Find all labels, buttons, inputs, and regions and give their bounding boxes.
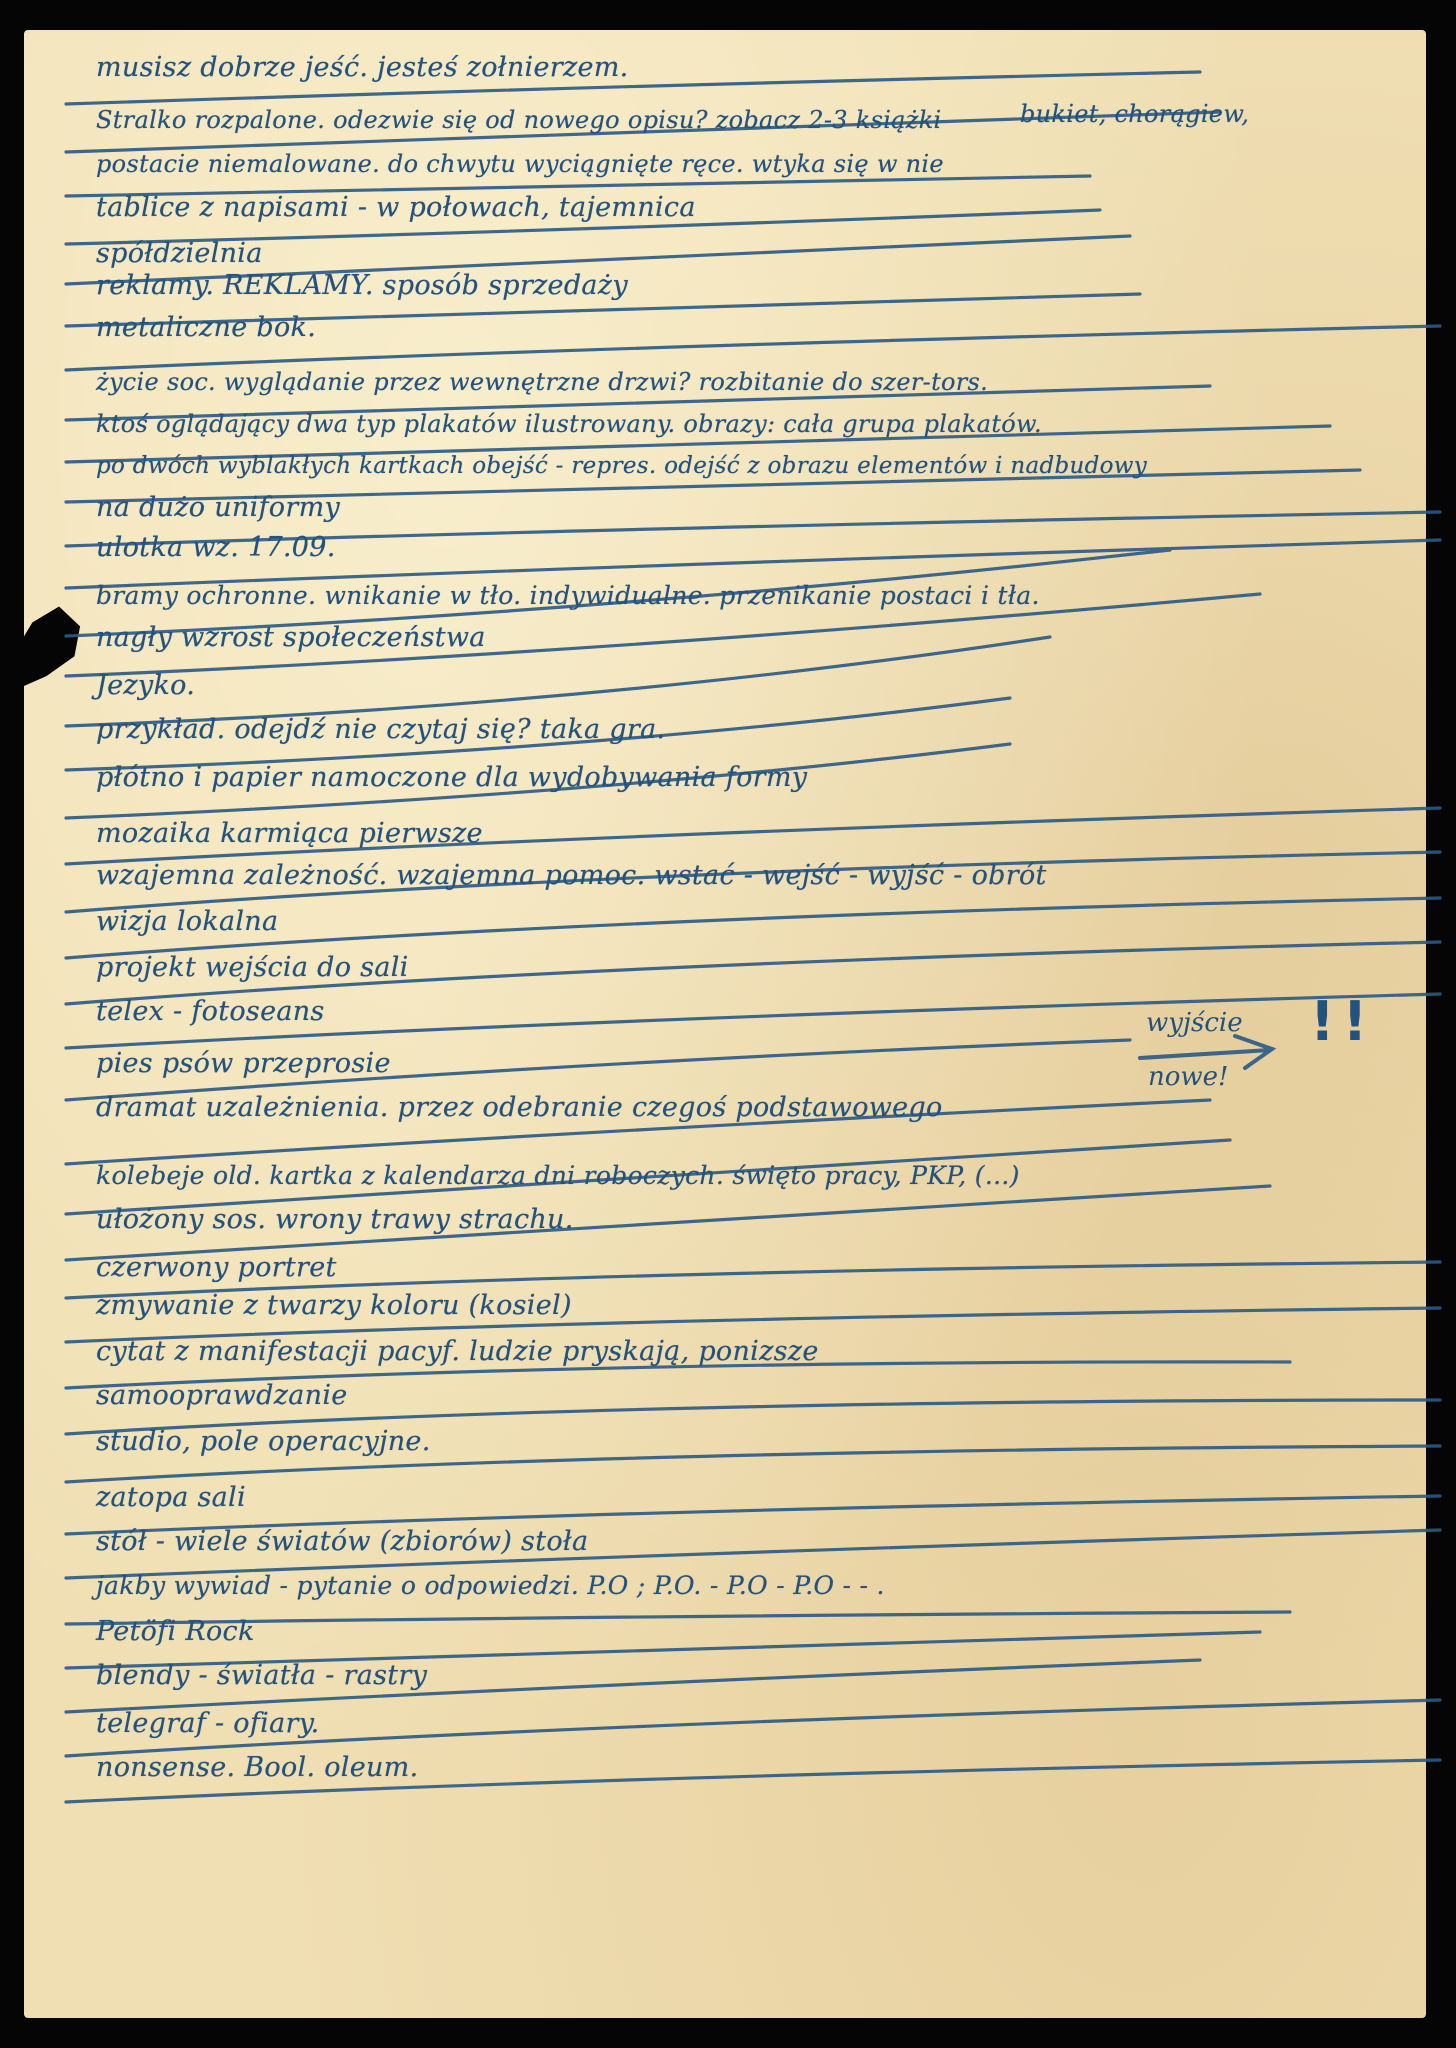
note-line: Stralko rozpalone. odezwie się od nowego… (96, 104, 942, 136)
note-line: studio, pole operacyjne. (96, 1426, 431, 1458)
note-line: nonsense. Bool. oleum. (96, 1752, 418, 1784)
note-line: wizja lokalna (96, 906, 278, 938)
note-line: ułożony sos. wrony trawy strachu. (96, 1204, 574, 1236)
note-line: spółdzielnia (96, 238, 263, 270)
note-line: bramy ochronne. wnikanie w tło. indywidu… (96, 580, 1040, 612)
margin-note-above-arrow: wyjście (1146, 1008, 1243, 1038)
note-line: zatopa sali (96, 1482, 246, 1514)
note-line-overflow: bukiet, chorągiew, (1020, 98, 1249, 130)
note-line: płótno i papier namoczone dla wydobywani… (96, 762, 807, 794)
note-line: zmywanie z twarzy koloru (kosiel) (96, 1290, 572, 1322)
note-line: cytat z manifestacji pacyf. ludzie prysk… (96, 1336, 819, 1368)
note-line: mozaika karmiąca pierwsze (96, 818, 483, 850)
note-line: życie soc. wyglądanie przez wewnętrzne d… (96, 366, 988, 398)
note-line: nagły wzrost społeczeństwa (96, 622, 486, 654)
note-line: reklamy. REKLAMY. sposób sprzedaży (96, 270, 628, 302)
note-line: tablice z napisami - w połowach, tajemni… (96, 192, 696, 224)
note-line: kolebeje old. kartka z kalendarza dni ro… (96, 1160, 1020, 1192)
note-line: postacie niemalowane. do chwytu wyciągni… (96, 148, 944, 180)
note-line: przykład. odejdź nie czytaj się? taka gr… (96, 714, 665, 746)
margin-note-below-arrow: nowe! (1148, 1062, 1229, 1092)
note-line: samooprawdzanie (96, 1380, 348, 1412)
note-line: blendy - światła - rastry (96, 1660, 427, 1692)
note-line: telegraf - ofiary. (96, 1708, 320, 1740)
note-line: metaliczne bok. (96, 312, 316, 344)
exclamation-marks: !! (1310, 990, 1375, 1053)
note-line: ulotka wz. 17.09. (96, 532, 336, 564)
note-line: musisz dobrze jeść. jesteś zołnierzem. (96, 52, 629, 84)
note-line: czerwony portret (96, 1252, 337, 1284)
note-line: Jezyko. (96, 670, 195, 702)
note-line: Petöfi Rock (96, 1616, 255, 1648)
note-line: pies psów przeprosie (96, 1048, 391, 1080)
note-line: wzajemna zależność. wzajemna pomoc. wsta… (96, 860, 1047, 892)
note-line: jakby wywiad - pytanie o odpowiedzi. P.O… (96, 1570, 885, 1602)
note-line: telex - fotoseans (96, 996, 325, 1028)
note-line: projekt wejścia do sali (96, 952, 409, 984)
note-line: dramat uzależnienia. przez odebranie cze… (96, 1092, 943, 1124)
note-line: po dwóch wyblakłych kartkach obejść - re… (96, 450, 1147, 482)
note-line: na dużo uniformy (96, 492, 340, 524)
note-line: ktoś oglądający dwa typ plakatów ilustro… (96, 408, 1042, 440)
note-line: stół - wiele światów (zbiorów) stoła (96, 1526, 588, 1558)
